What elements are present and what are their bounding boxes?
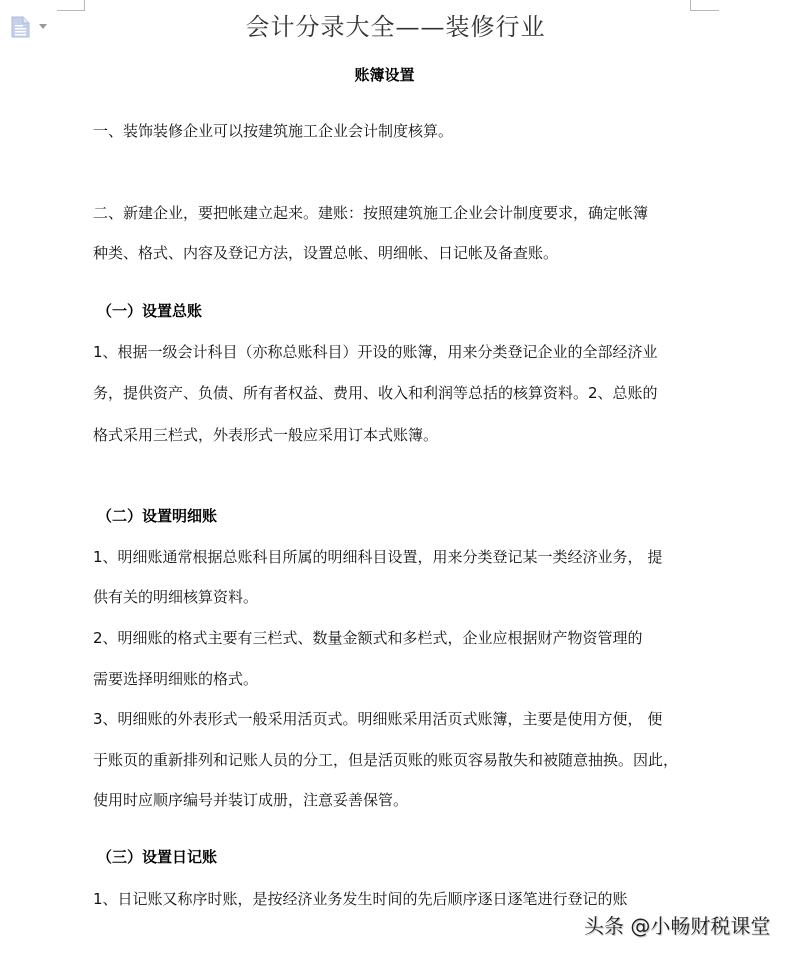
paragraph-line: 供有关的明细核算资料。 [93,586,258,608]
paragraph-line: 一、装饰装修企业可以按建筑施工企业会计制度核算。 [93,120,453,142]
paragraph-line: 二、新建企业，要把帐建立起来。建账：按照建筑施工企业会计制度要求，确定帐簿 [93,202,648,224]
paragraph-line: 务，提供资产、负债、所有者权益、费用、收入和利润等总括的核算资料。2、总账的 [93,382,658,404]
paragraph-line: 需要选择明细账的格式。 [93,668,258,690]
document-title: 会计分录大全——装修行业 [0,10,791,44]
paragraph-line: 种类、格式、内容及登记方法，设置总帐、明细帐、日记帐及备查账。 [93,242,558,264]
document-subtitle: 账簿设置 [0,64,769,86]
paragraph-line: 于账页的重新排列和记账人员的分工，但是活页账的账页容易散失和被随意抽换。因此， [93,749,678,771]
paragraph-line: 1、明细账通常根据总账科目所属的明细科目设置，用来分类登记某一类经济业务， 提 [93,546,662,568]
paragraph-line: 1、日记账又称序时账，是按经济业务发生时间的先后顺序逐日逐笔进行登记的账 [93,888,628,910]
section-heading-general-ledger: （一）设置总账 [97,300,202,322]
section-heading-subsidiary-ledger: （二）设置明细账 [97,505,217,527]
paragraph-line: 使用时应顺序编号并装订成册，注意妥善保管。 [93,789,408,811]
paragraph-line: 格式采用三栏式，外表形式一般应采用订本式账簿。 [93,424,438,446]
section-heading-journal: （三）设置日记账 [97,846,217,868]
paragraph-line: 2、明细账的格式主要有三栏式、数量金额式和多栏式，企业应根据财产物资管理的 [93,627,643,649]
paragraph-line: 1、根据一级会计科目（亦称总账科目）开设的账簿，用来分类登记企业的全部经济业 [93,341,658,363]
watermark: 头条 @小畅财税课堂 [584,912,770,940]
paragraph-line: 3、明细账的外表形式一般采用活页式。明细账采用活页式账簿，主要是使用方便， 便 [93,708,662,730]
